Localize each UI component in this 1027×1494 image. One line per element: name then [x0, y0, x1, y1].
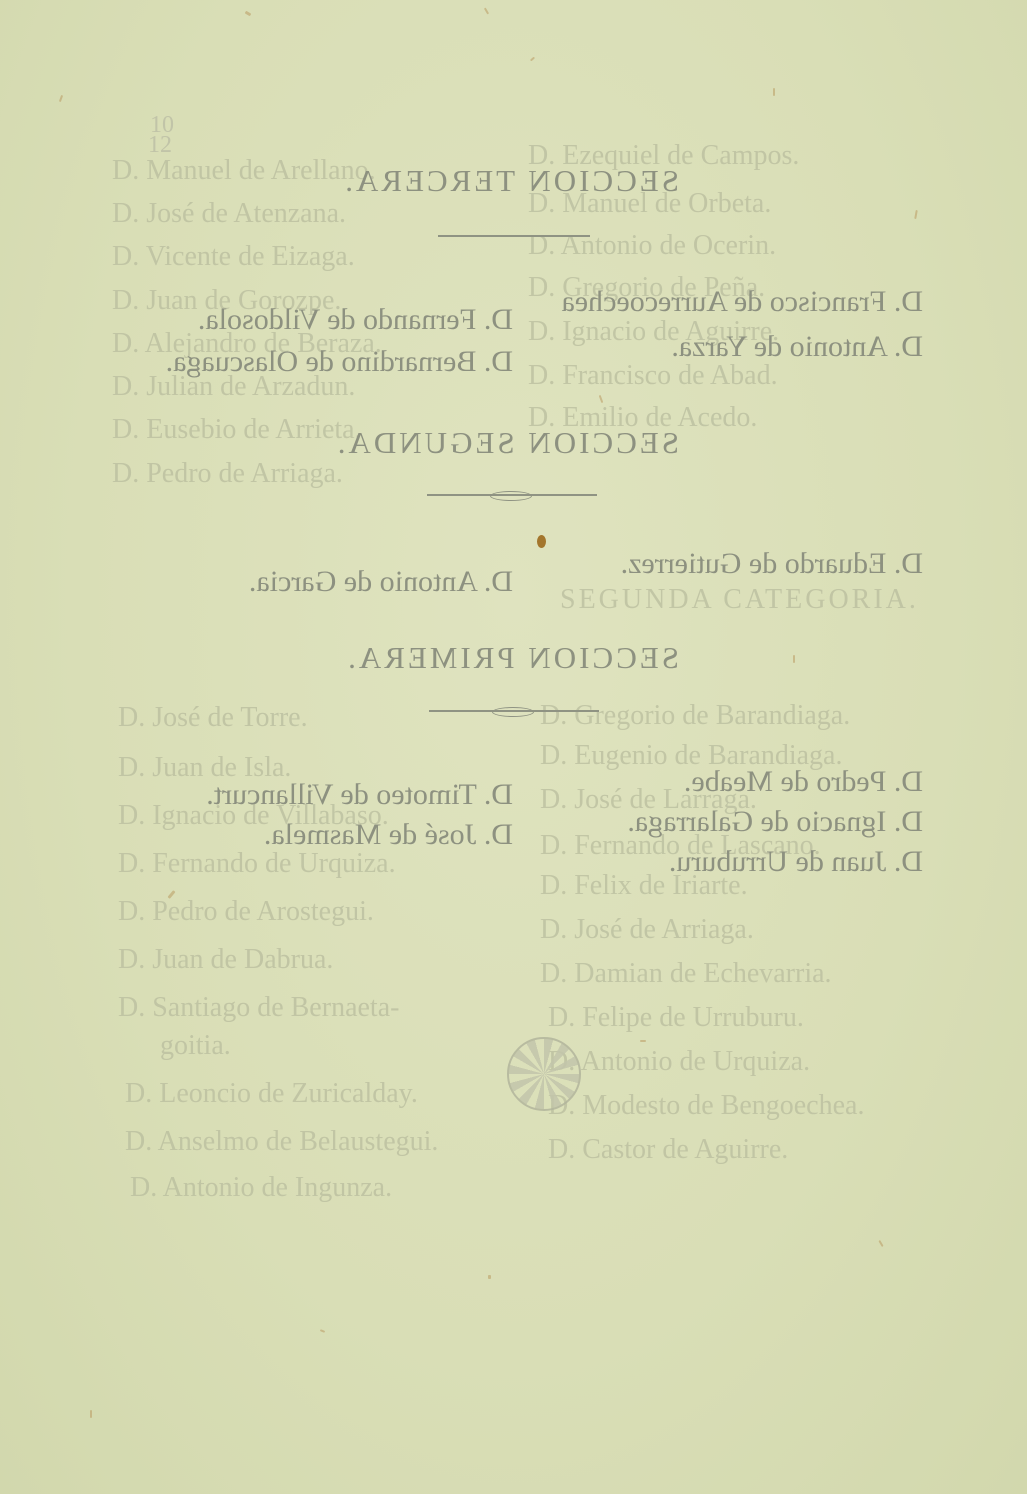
- section-heading: SECCION SEGUNDA.: [335, 425, 679, 461]
- section-divider: [429, 710, 599, 712]
- section-heading: SECCION TERCERA.: [342, 163, 679, 199]
- list-item: D. Fernando de Vildosola.: [198, 303, 513, 337]
- list-item: D. Antonio de Yarza.: [671, 330, 923, 364]
- mirrored-content: SECCION TERCERA. D. Francisco de Aurreco…: [0, 0, 1027, 1494]
- list-item: D. Timoteo de Villancurt.: [206, 778, 513, 812]
- list-item: D. Antonio de Garcia.: [249, 565, 513, 599]
- list-item: D. Bernardino de Olascuaga.: [166, 345, 513, 379]
- section-divider: [427, 494, 597, 496]
- list-item: D. José de Masmela.: [264, 818, 513, 852]
- list-item: D. Pedro de Meabe.: [684, 765, 923, 799]
- section-divider: [438, 235, 590, 237]
- section-heading: SECCION PRIMERA.: [345, 640, 679, 676]
- list-item: D. Francisco de Aurrecoechea: [562, 285, 924, 319]
- list-item: D. Eduardo de Gutierrez.: [621, 547, 923, 581]
- ornament-icon: [492, 707, 534, 717]
- ornament-icon: [490, 491, 532, 501]
- list-item: D. Juan de Urruburu.: [669, 845, 923, 879]
- list-item: D. Ignacio de Galarraga.: [627, 805, 923, 839]
